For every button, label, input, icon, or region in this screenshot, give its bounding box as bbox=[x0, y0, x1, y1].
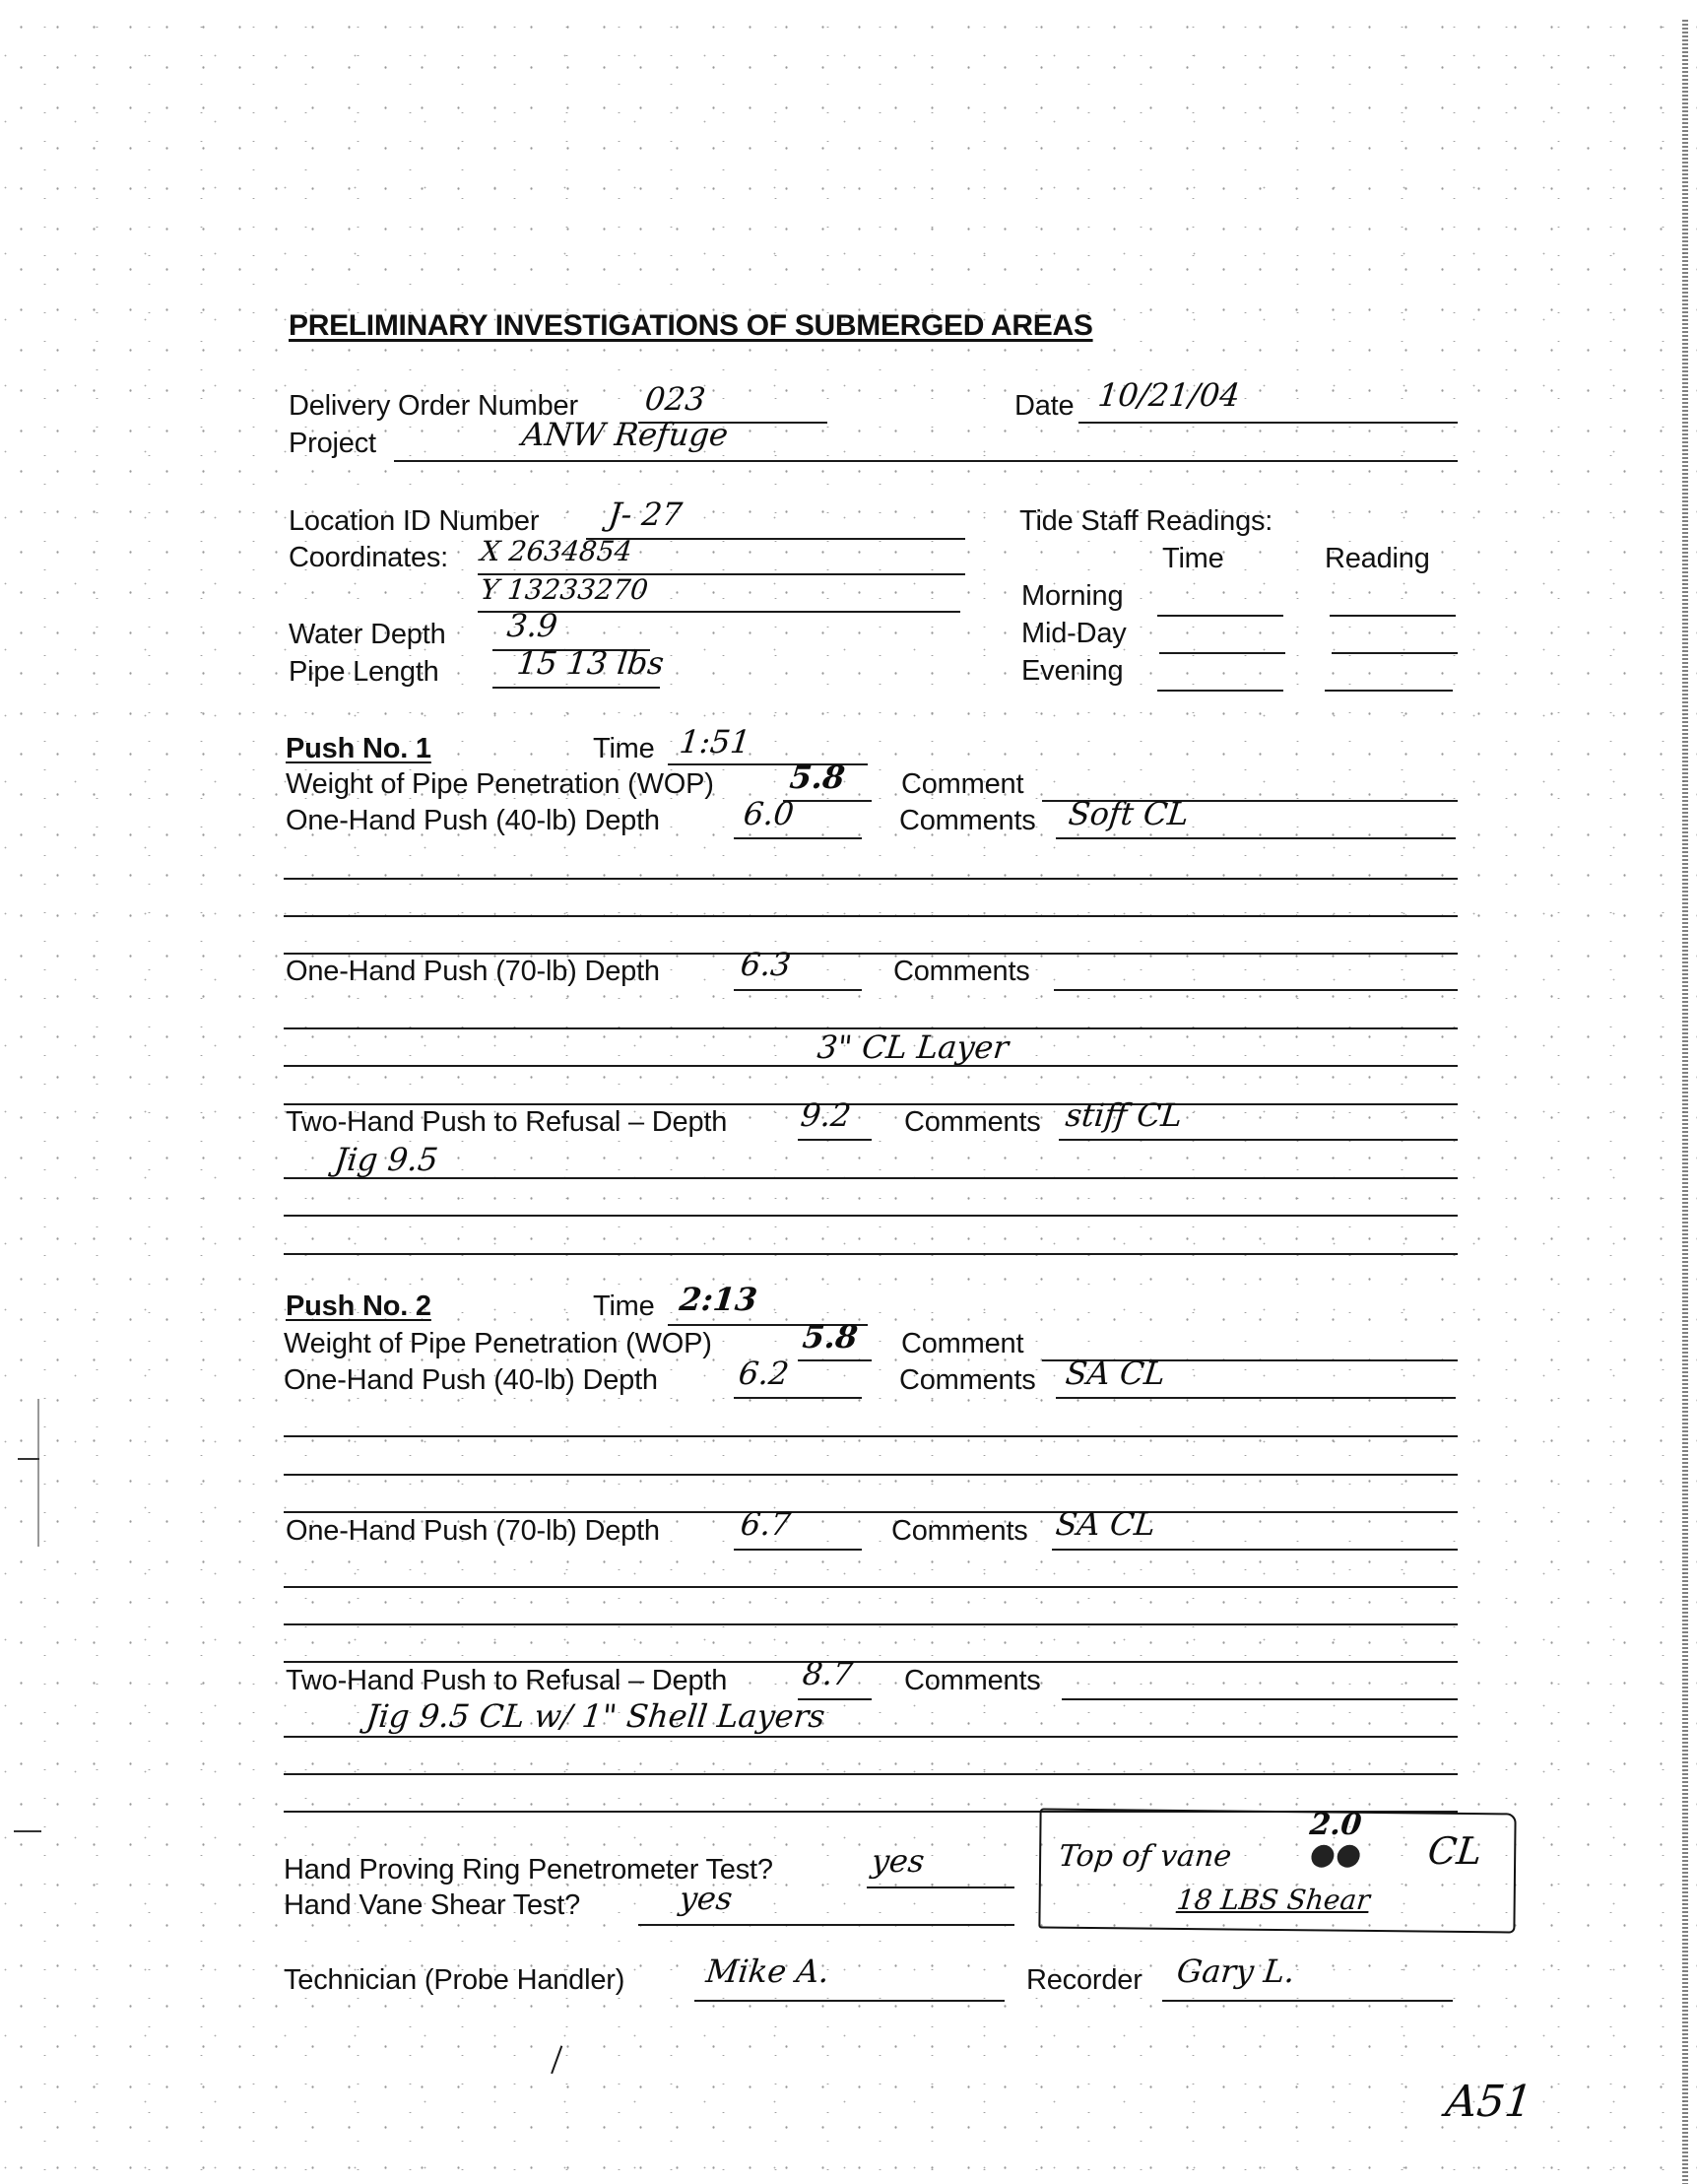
underline bbox=[783, 800, 872, 802]
push-1-oh70-field[interactable]: 6.3 bbox=[739, 948, 792, 981]
underline bbox=[1056, 1397, 1456, 1399]
ruled-line bbox=[284, 1661, 1458, 1663]
ruled-line bbox=[284, 915, 1458, 917]
underline bbox=[867, 1886, 1014, 1888]
push-1-oh70-comment-label: Comments bbox=[893, 956, 1030, 987]
push-1-oh40-field[interactable]: 6.0 bbox=[742, 797, 795, 830]
underline bbox=[798, 1359, 872, 1361]
tide-staff-label: Tide Staff Readings: bbox=[1019, 505, 1273, 537]
push-2-oh40-comment-field[interactable]: SA CL bbox=[1064, 1357, 1167, 1390]
ruled-line bbox=[284, 1215, 1458, 1217]
underline bbox=[394, 460, 1458, 462]
underline bbox=[1059, 1139, 1458, 1141]
ruled-line bbox=[284, 1586, 1458, 1588]
underline bbox=[638, 1924, 1014, 1926]
ruled-line bbox=[284, 1736, 1458, 1738]
push-2-time-field[interactable]: 2:13 bbox=[678, 1283, 758, 1316]
push-1-oh70-note[interactable]: 3" CL Layer bbox=[816, 1030, 1010, 1064]
scan-edge-border bbox=[1682, 20, 1688, 2184]
push-2-oh40-comment-label: Comments bbox=[899, 1364, 1036, 1396]
ruled-line bbox=[284, 1773, 1458, 1775]
push-1-oh70-label: One-Hand Push (70-lb) Depth bbox=[286, 956, 660, 987]
registration-mark bbox=[37, 1399, 39, 1547]
push-1-twohand-field[interactable]: 9.2 bbox=[799, 1098, 852, 1132]
form-title: PRELIMINARY INVESTIGATIONS OF SUBMERGED … bbox=[289, 309, 1093, 343]
push-2-twohand-label: Two-Hand Push to Refusal – Depth bbox=[286, 1665, 727, 1696]
ruled-line bbox=[284, 1065, 1458, 1067]
ruled-line bbox=[284, 953, 1458, 955]
page-mark: A51 bbox=[1443, 2079, 1534, 2126]
underline bbox=[1056, 837, 1456, 839]
push-2-oh70-field[interactable]: 6.7 bbox=[739, 1507, 792, 1541]
registration-mark bbox=[14, 1830, 41, 1832]
ruled-line bbox=[284, 1435, 1458, 1437]
pipe-length-label: Pipe Length bbox=[289, 656, 439, 688]
tide-reading-header: Reading bbox=[1325, 543, 1430, 574]
push-1-heading: Push No. 1 bbox=[286, 733, 431, 764]
date-label: Date bbox=[1014, 390, 1074, 422]
underline bbox=[694, 2000, 1005, 2002]
ruled-line bbox=[284, 878, 1458, 880]
push-2-oh40-label: One-Hand Push (40-lb) Depth bbox=[284, 1364, 658, 1396]
registration-mark bbox=[18, 1458, 39, 1460]
technician-field[interactable]: Mike A. bbox=[704, 1954, 830, 1988]
coordinate-y-field[interactable]: Y 13233270 bbox=[479, 573, 649, 607]
push-2-twohand-note[interactable]: Jig 9.5 CL w/ 1" Shell Layers bbox=[364, 1699, 826, 1733]
push-1-oh40-comment-field[interactable]: Soft CL bbox=[1067, 797, 1190, 830]
push-2-oh70-label: One-Hand Push (70-lb) Depth bbox=[286, 1515, 660, 1547]
recorder-label: Recorder bbox=[1026, 1964, 1142, 1996]
coordinate-x-field[interactable]: X 2634854 bbox=[479, 535, 633, 568]
tide-evening-reading-field[interactable] bbox=[1325, 690, 1453, 692]
delivery-order-field[interactable]: 023 bbox=[643, 382, 707, 416]
push-2-twohand-field[interactable]: 8.7 bbox=[801, 1657, 854, 1690]
tide-time-header: Time bbox=[1162, 543, 1224, 574]
underline bbox=[492, 687, 660, 689]
push-1-oh40-comment-label: Comments bbox=[899, 805, 1036, 836]
push-2-wop-field[interactable]: 5.8 bbox=[801, 1320, 859, 1354]
proving-ring-field[interactable]: yes bbox=[870, 1844, 926, 1878]
push-2-oh70-comment-label: Comments bbox=[891, 1515, 1028, 1547]
underline bbox=[586, 538, 965, 540]
tide-morning-time-field[interactable] bbox=[1157, 615, 1283, 617]
tide-evening-time-field[interactable] bbox=[1157, 690, 1283, 692]
push-1-twohand-comment-field[interactable]: stiff CL bbox=[1064, 1098, 1184, 1132]
technician-label: Technician (Probe Handler) bbox=[284, 1964, 624, 1996]
ruled-line bbox=[284, 1253, 1458, 1255]
stray-pen-mark bbox=[551, 2045, 562, 2074]
water-depth-field[interactable]: 3.9 bbox=[505, 609, 558, 642]
underline bbox=[734, 1549, 862, 1551]
project-label: Project bbox=[289, 428, 376, 459]
project-field[interactable]: ANW Refuge bbox=[520, 418, 730, 451]
ruled-line bbox=[284, 1623, 1458, 1625]
push-1-twohand-note[interactable]: Jig 9.5 bbox=[333, 1143, 439, 1176]
vane-shear-field[interactable]: yes bbox=[678, 1882, 734, 1915]
vane-shear-label: Hand Vane Shear Test? bbox=[284, 1889, 580, 1921]
location-id-label: Location ID Number bbox=[289, 505, 539, 537]
push-2-wop-label: Weight of Pipe Penetration (WOP) bbox=[284, 1328, 712, 1359]
tide-midday-time-field[interactable] bbox=[1159, 652, 1285, 654]
underline bbox=[734, 1397, 862, 1399]
ruled-line bbox=[284, 1511, 1458, 1513]
pipe-length-field[interactable]: 15 13 lbs bbox=[515, 646, 665, 680]
push-2-heading: Push No. 2 bbox=[286, 1291, 431, 1322]
tide-row-evening-label: Evening bbox=[1021, 655, 1123, 687]
push-1-wop-field[interactable]: 5.8 bbox=[788, 761, 846, 794]
tide-midday-reading-field[interactable] bbox=[1332, 652, 1458, 654]
tide-morning-reading-field[interactable] bbox=[1330, 615, 1456, 617]
underline bbox=[1078, 422, 1458, 424]
push-1-twohand-comment-label: Comments bbox=[904, 1106, 1041, 1138]
ruled-line bbox=[284, 1474, 1458, 1476]
underline bbox=[1162, 2000, 1453, 2002]
tide-row-midday-label: Mid-Day bbox=[1021, 618, 1127, 649]
underline bbox=[734, 989, 862, 991]
ruled-line bbox=[284, 1177, 1458, 1179]
push-2-wop-comment-label: Comment bbox=[901, 1328, 1023, 1359]
push-1-wop-label: Weight of Pipe Penetration (WOP) bbox=[286, 768, 714, 800]
push-2-oh70-comment-field[interactable]: SA CL bbox=[1054, 1507, 1157, 1541]
location-id-field[interactable]: J- 27 bbox=[607, 497, 684, 531]
push-1-twohand-label: Two-Hand Push to Refusal – Depth bbox=[286, 1106, 727, 1138]
box-note-shear: 18 LBS Shear bbox=[1175, 1884, 1371, 1917]
box-note-top-of-vane: Top of vane bbox=[1057, 1840, 1233, 1874]
date-field[interactable]: 10/21/04 bbox=[1096, 378, 1241, 412]
push-1-time-field[interactable]: 1:51 bbox=[678, 725, 751, 759]
ruled-line bbox=[284, 1103, 1458, 1105]
underline bbox=[734, 837, 862, 839]
tide-row-morning-label: Morning bbox=[1021, 580, 1123, 612]
push-1-time-label: Time bbox=[593, 733, 655, 764]
water-depth-label: Water Depth bbox=[289, 619, 446, 650]
push-2-twohand-comment-label: Comments bbox=[904, 1665, 1041, 1696]
push-1-oh40-label: One-Hand Push (40-lb) Depth bbox=[286, 805, 660, 836]
box-note-soil: CL bbox=[1426, 1834, 1483, 1868]
underline bbox=[798, 1139, 872, 1141]
push-1-wop-comment-label: Comment bbox=[901, 768, 1023, 800]
box-note-struck-value: ●● bbox=[1308, 1838, 1363, 1872]
underline bbox=[1052, 1549, 1458, 1551]
coordinates-label: Coordinates: bbox=[289, 542, 448, 573]
push-2-time-label: Time bbox=[593, 1291, 655, 1322]
recorder-field[interactable]: Gary L. bbox=[1175, 1954, 1296, 1988]
push-1-oh70-comment-field[interactable] bbox=[1054, 989, 1458, 991]
push-2-twohand-comment-field[interactable] bbox=[1062, 1698, 1458, 1700]
push-2-oh40-field[interactable]: 6.2 bbox=[737, 1357, 790, 1390]
